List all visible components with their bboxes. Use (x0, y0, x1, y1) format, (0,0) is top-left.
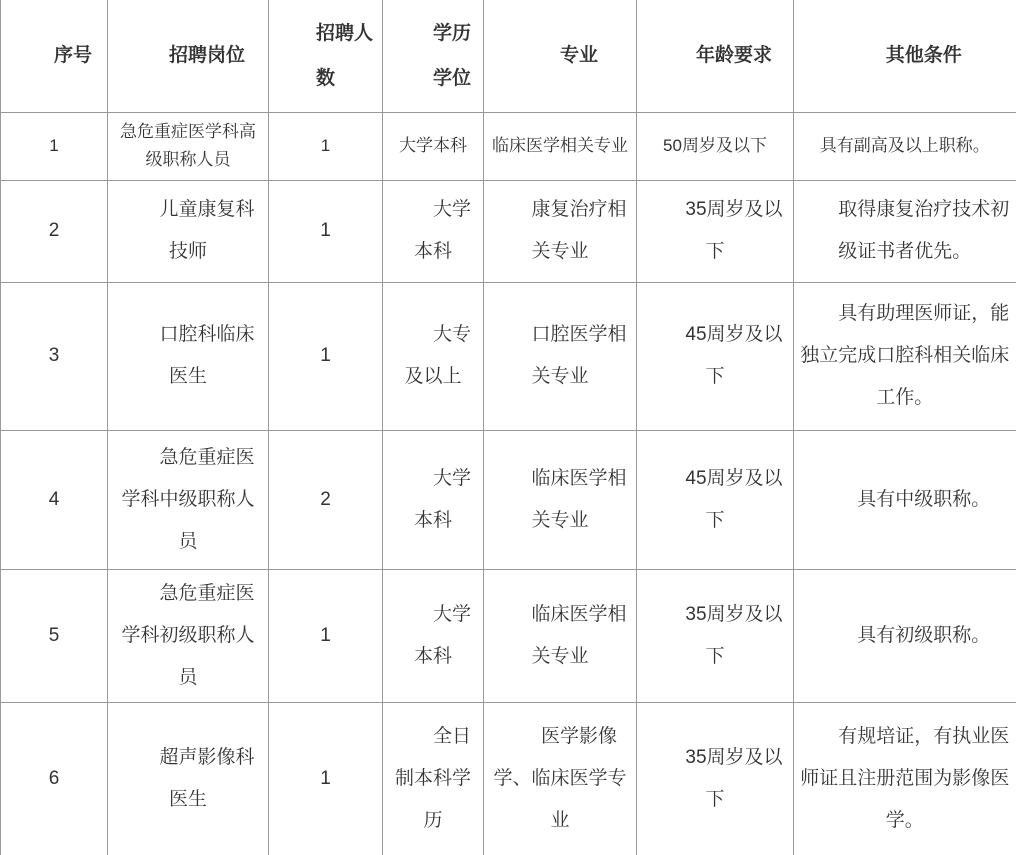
header-other: 其他条件 (794, 0, 1016, 112)
cell-headcount: 1 (269, 569, 383, 702)
header-education: 学历 学位 (383, 0, 484, 112)
cell-major: 康复治疗相关专业 (484, 180, 637, 282)
cell-position: 儿童康复科技师 (108, 180, 269, 282)
header-position: 招聘岗位 (108, 0, 269, 112)
cell-headcount: 1 (269, 282, 383, 430)
cell-education: 大学本科 (383, 180, 484, 282)
cell-other: 具有中级职称。 (794, 430, 1016, 569)
cell-serial: 1 (1, 112, 108, 180)
cell-education: 大学本科 (383, 569, 484, 702)
table-row: 4 急危重症医学科中级职称人员 2 大学本科 临床医学相关专业 45周岁及以下 … (1, 430, 1016, 569)
cell-major: 医学影像学、临床医学专业 (484, 702, 637, 855)
cell-education: 大学本科 (383, 430, 484, 569)
cell-age: 35周岁及以下 (637, 702, 794, 855)
cell-other: 有规培证，有执业医师证且注册范围为影像医学。 (794, 702, 1016, 855)
cell-position: 超声影像科医生 (108, 702, 269, 855)
cell-age: 50周岁及以下 (637, 112, 794, 180)
cell-major: 临床医学相关专业 (484, 430, 637, 569)
header-age: 年龄要求 (637, 0, 794, 112)
cell-major: 口腔医学相关专业 (484, 282, 637, 430)
header-education-line2: 学位 (388, 56, 478, 101)
cell-education: 全日制本科学历 (383, 702, 484, 855)
table-row: 5 急危重症医学科初级职称人员 1 大学本科 临床医学相关专业 35周岁及以下 … (1, 569, 1016, 702)
cell-serial: 4 (1, 430, 108, 569)
header-headcount: 招聘人数 (269, 0, 383, 112)
table-row: 3 口腔科临床医生 1 大专及以上 口腔医学相关专业 45周岁及以下 具有助理医… (1, 282, 1016, 430)
cell-serial: 5 (1, 569, 108, 702)
cell-major: 临床医学相关专业 (484, 112, 637, 180)
cell-age: 35周岁及以下 (637, 180, 794, 282)
cell-position: 急危重症医学科初级职称人员 (108, 569, 269, 702)
table-row: 2 儿童康复科技师 1 大学本科 康复治疗相关专业 35周岁及以下 取得康复治疗… (1, 180, 1016, 282)
cell-headcount: 1 (269, 180, 383, 282)
cell-education: 大学本科 (383, 112, 484, 180)
cell-headcount: 1 (269, 702, 383, 855)
cell-other: 具有初级职称。 (794, 569, 1016, 702)
table-row: 6 超声影像科医生 1 全日制本科学历 医学影像学、临床医学专业 35周岁及以下… (1, 702, 1016, 855)
cell-serial: 3 (1, 282, 108, 430)
cell-headcount: 1 (269, 112, 383, 180)
cell-serial: 6 (1, 702, 108, 855)
header-serial: 序号 (1, 0, 108, 112)
cell-headcount: 2 (269, 430, 383, 569)
cell-other: 取得康复治疗技术初级证书者优先。 (794, 180, 1016, 282)
cell-other: 具有助理医师证，能独立完成口腔科相关临床工作。 (794, 282, 1016, 430)
header-major: 专业 (484, 0, 637, 112)
header-education-line1: 学历 (388, 11, 478, 56)
recruitment-table: 序号 招聘岗位 招聘人数 学历 学位 专业 年龄要求 其他条件 1 急危重症医学… (0, 0, 1016, 855)
cell-position: 口腔科临床医生 (108, 282, 269, 430)
cell-other: 具有副高及以上职称。 (794, 112, 1016, 180)
cell-age: 45周岁及以下 (637, 282, 794, 430)
cell-education: 大专及以上 (383, 282, 484, 430)
cell-position: 急危重症医学科中级职称人员 (108, 430, 269, 569)
cell-major: 临床医学相关专业 (484, 569, 637, 702)
table-header-row: 序号 招聘岗位 招聘人数 学历 学位 专业 年龄要求 其他条件 (1, 0, 1016, 112)
cell-position: 急危重症医学科高级职称人员 (108, 112, 269, 180)
cell-age: 35周岁及以下 (637, 569, 794, 702)
cell-age: 45周岁及以下 (637, 430, 794, 569)
cell-serial: 2 (1, 180, 108, 282)
table-row: 1 急危重症医学科高级职称人员 1 大学本科 临床医学相关专业 50周岁及以下 … (1, 112, 1016, 180)
